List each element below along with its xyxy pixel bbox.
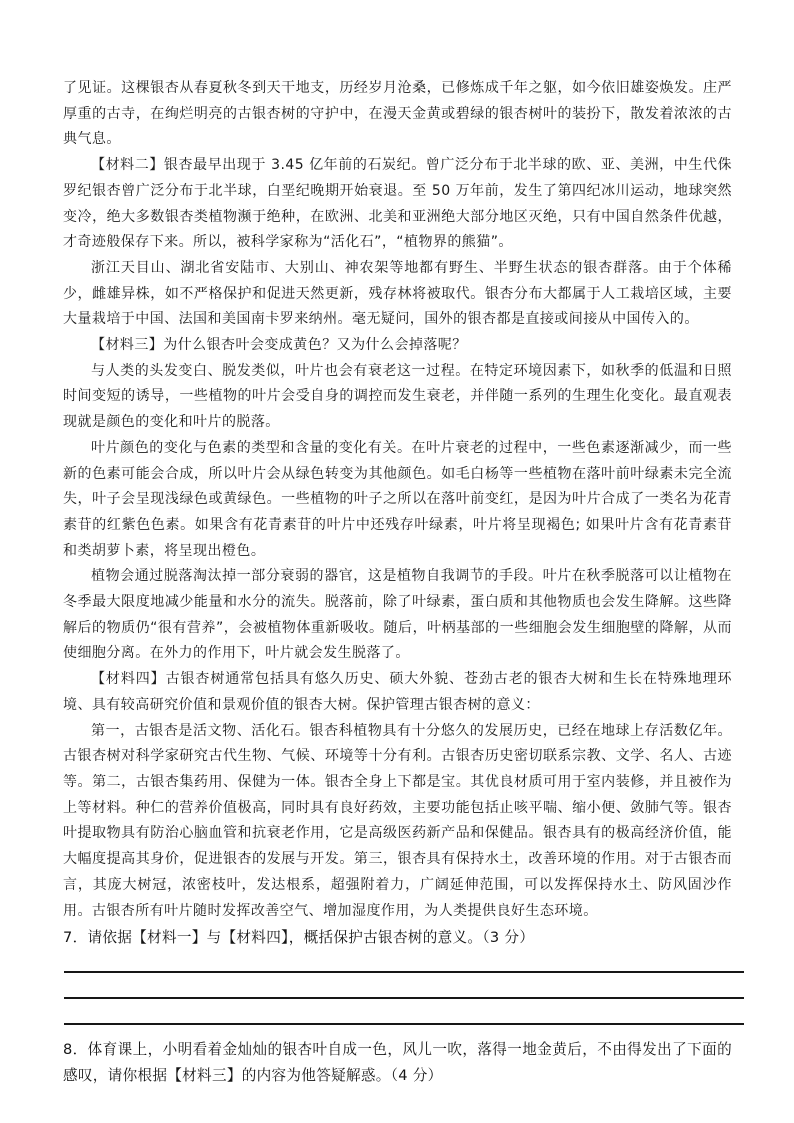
material-4-heading: 【材料四】古银杏树通常包括具有悠久历史、硕大外貌、苍劲古老的银杏大树和生长在特殊… (63, 667, 732, 718)
material-2-paragraph-2: 浙江天目山、湖北省安陆市、大别山、神农架等地都有野生、半野生状态的银杏群落。由于… (63, 256, 732, 333)
material-3-paragraph-2: 叶片颜色的变化与色素的类型和含量的变化有关。在叶片衰老的过程中，一些色素逐渐减少… (63, 436, 732, 565)
material-3-heading: 【材料三】为什么银杏叶会变成黄色？又为什么会掉落呢？ (63, 333, 732, 359)
material-3-paragraph-3: 植物会通过脱落淘汰掉一部分衰弱的器官，这是植物自我调节的手段。叶片在秋季脱落可以… (63, 564, 732, 667)
answer-line-1 (64, 971, 744, 973)
question-8-text: 8．体育课上，小明看着金灿灿的银杏叶自成一色，风儿一吹，落得一地金黄后，不由得发… (63, 1037, 732, 1088)
exam-page: 了见证。这棵银杏从春夏秋冬到天干地支，历经岁月沧桑，已修炼成千年之躯，如今依旧雄… (0, 0, 794, 1123)
question-7-text: 7．请依据【材料一】与【材料四】，概括保护古银杏树的意义。（3 分） (63, 925, 732, 951)
material-1-continuation-paragraph: 了见证。这棵银杏从春夏秋冬到天干地支，历经岁月沧桑，已修炼成千年之躯，如今依旧雄… (63, 76, 732, 153)
material-2-paragraph: 【材料二】银杏最早出现于 3.45 亿年前的石炭纪。曾广泛分布于北半球的欧、亚、… (63, 153, 732, 256)
material-3-paragraph-1: 与人类的头发变白、脱发类似，叶片也会有衰老这一过程。在特定环境因素下，如秋季的低… (63, 359, 732, 436)
answer-line-3 (64, 1023, 744, 1025)
reading-materials: 了见证。这棵银杏从春夏秋冬到天干地支，历经岁月沧桑，已修炼成千年之躯，如今依旧雄… (63, 76, 732, 924)
answer-line-2 (64, 997, 744, 999)
question-7-answer-area (63, 971, 732, 1025)
material-4-body-paragraph: 第一，古银杏是活文物、活化石。银杏科植物具有十分悠久的发展历史，已经在地球上存活… (63, 719, 732, 925)
